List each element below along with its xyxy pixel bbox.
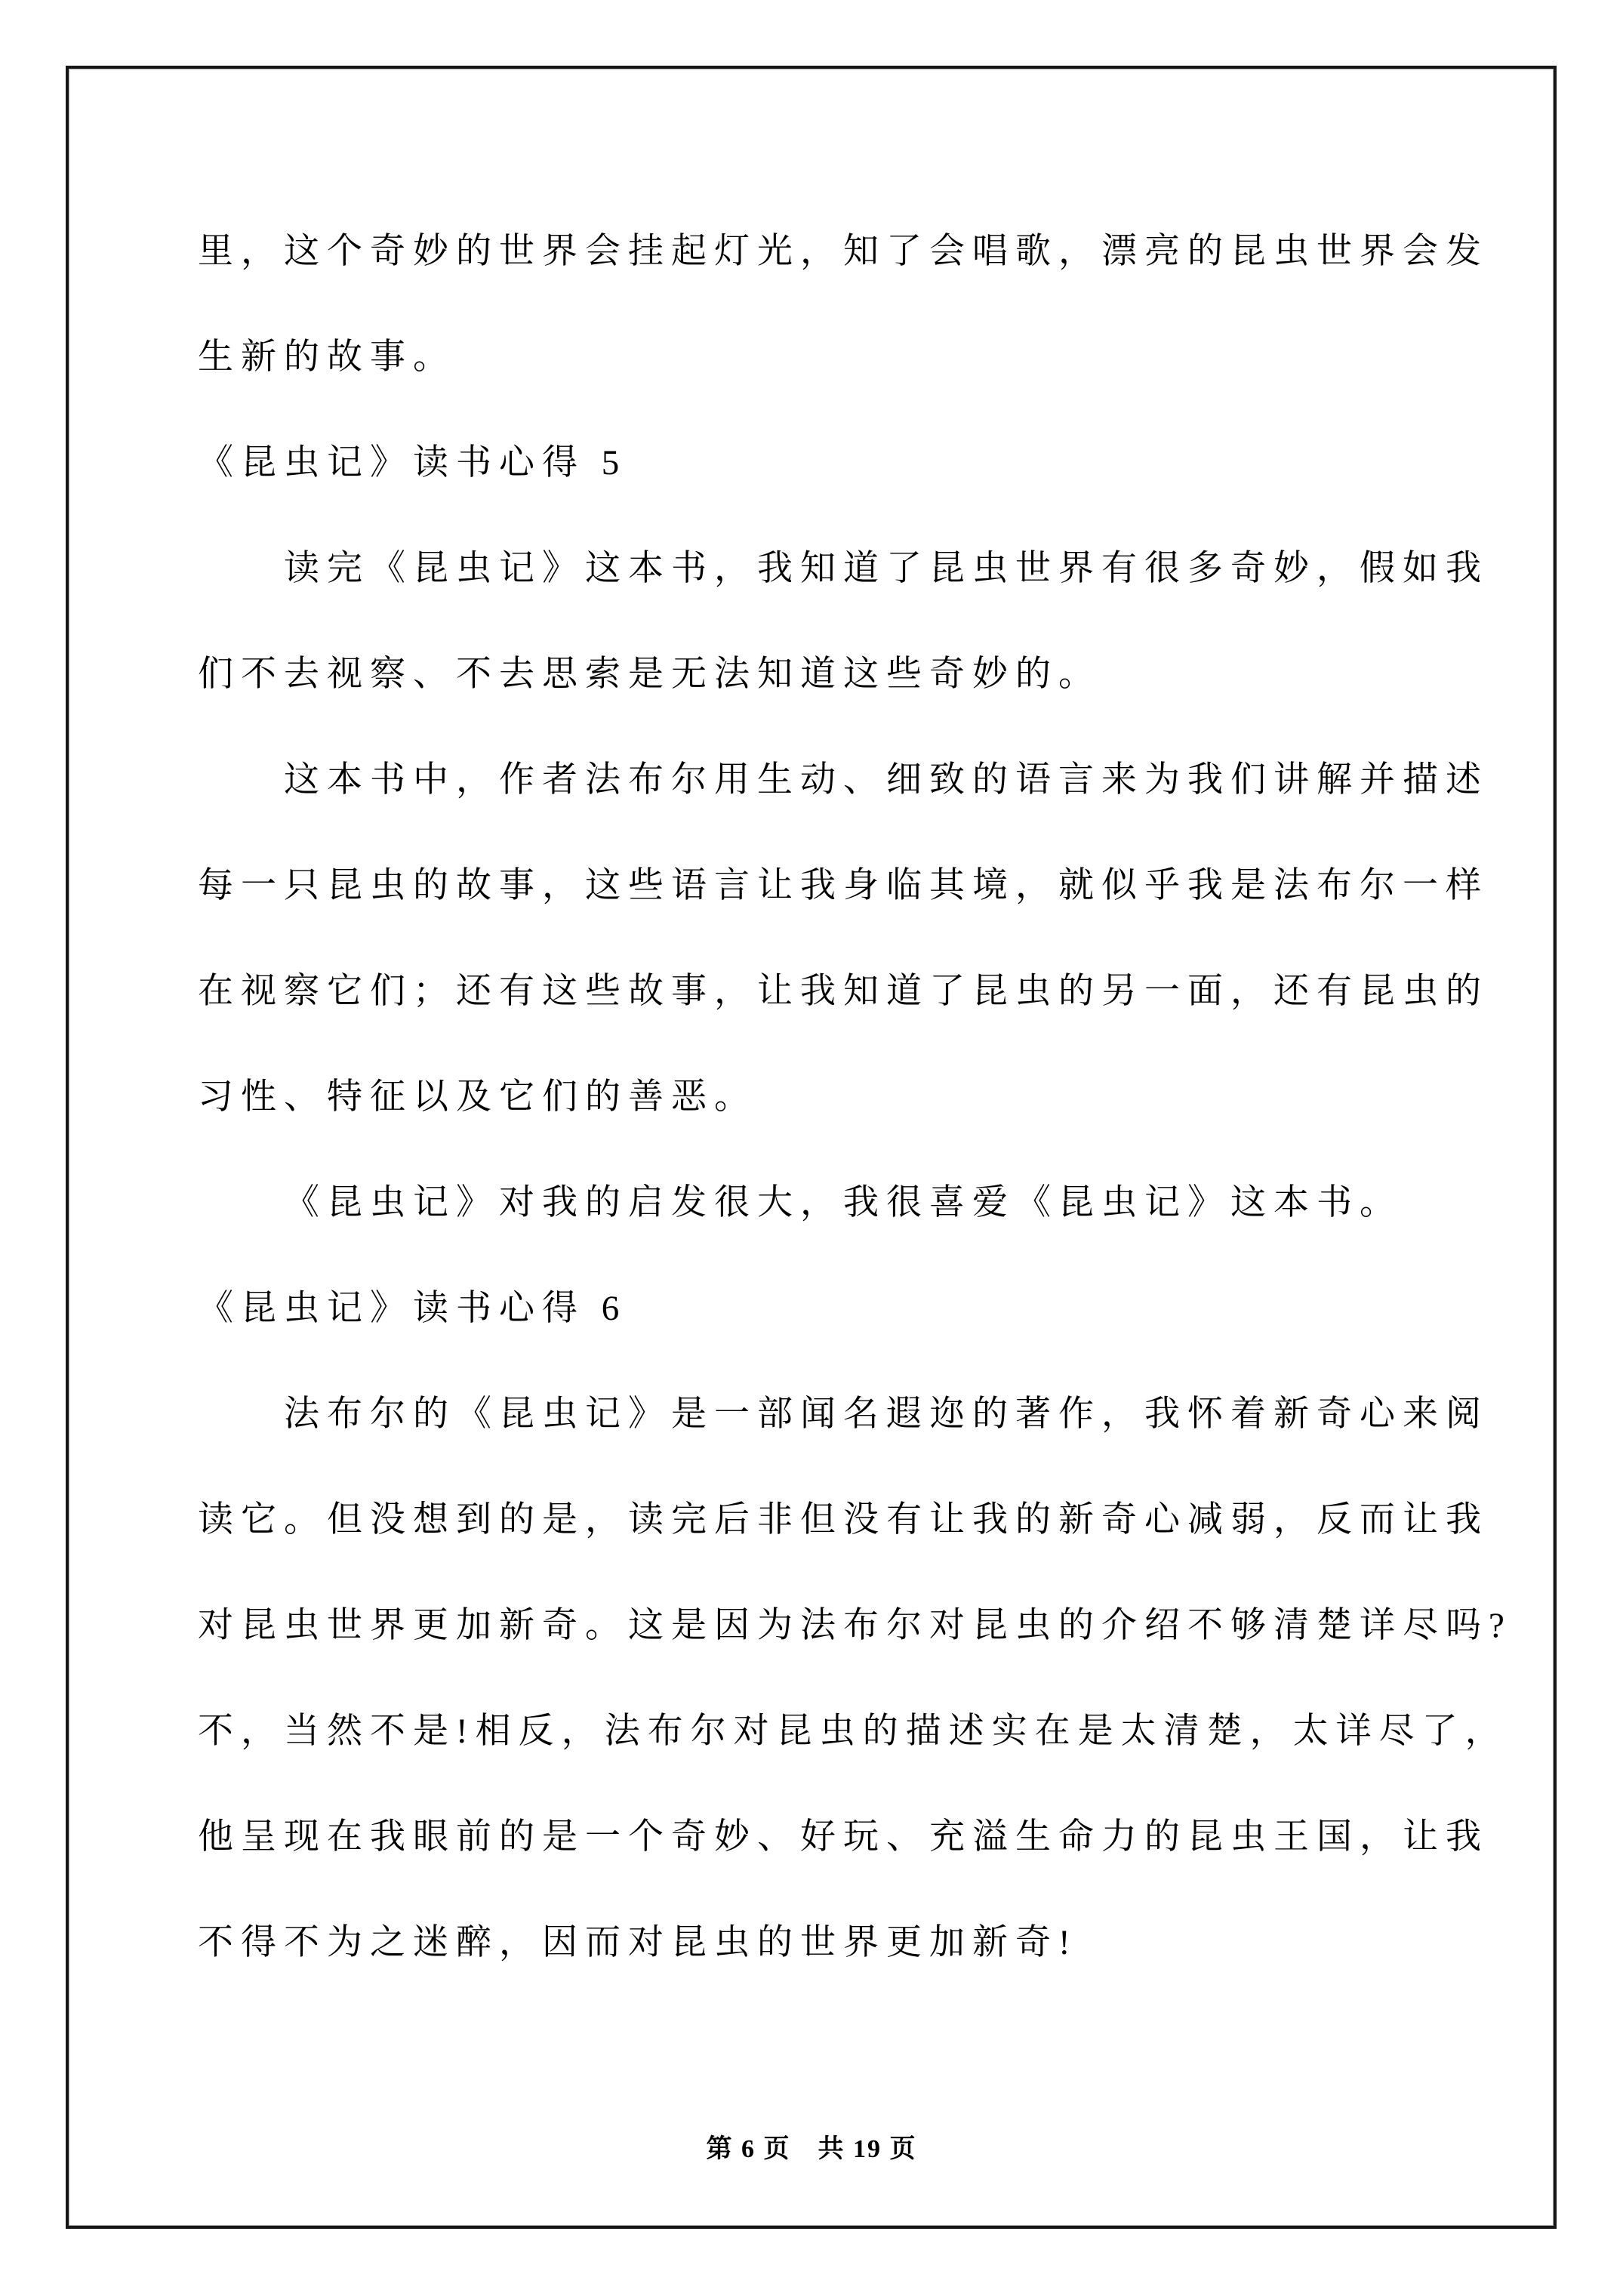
text-line: 《昆虫记》读书心得 5	[198, 410, 1511, 516]
text-line: 这本书中，作者法布尔用生动、细致的语言来为我们讲解并描述	[198, 727, 1511, 833]
text-line: 每一只昆虫的故事，这些语言让我身临其境，就似乎我是法布尔一样	[198, 833, 1511, 938]
document-page: { "colors": { "background": "#ffffff", "…	[0, 0, 1623, 2296]
text-line: 习性、特征以及它们的善恶。	[198, 1044, 1511, 1150]
text-line: 他呈现在我眼前的是一个奇妙、好玩、充溢生命力的昆虫王国，让我	[198, 1784, 1511, 1890]
text-line: 《昆虫记》对我的启发很大，我很喜爱《昆虫记》这本书。	[198, 1150, 1511, 1256]
text-line: 不得不为之迷醉，因而对昆虫的世界更加新奇!	[198, 1890, 1511, 1996]
text-line: 法布尔的《昆虫记》是一部闻名遐迩的著作，我怀着新奇心来阅	[198, 1361, 1511, 1467]
text-line: 《昆虫记》读书心得 6	[198, 1256, 1511, 1361]
text-line: 读完《昆虫记》这本书，我知道了昆虫世界有很多奇妙，假如我	[198, 516, 1511, 621]
page-footer: 第 6 页 共 19 页	[0, 2128, 1623, 2165]
text-line: 不，当然不是!相反，法布尔对昆虫的描述实在是太清楚，太详尽了，	[198, 1678, 1511, 1784]
page-number-label: 第 6 页 共 19 页	[707, 2135, 917, 2163]
text-line: 里，这个奇妙的世界会挂起灯光，知了会唱歌，漂亮的昆虫世界会发	[198, 199, 1511, 304]
text-line: 生新的故事。	[198, 304, 1511, 410]
text-line: 在视察它们；还有这些故事，让我知道了昆虫的另一面，还有昆虫的	[198, 938, 1511, 1044]
document-body: 里，这个奇妙的世界会挂起灯光，知了会唱歌，漂亮的昆虫世界会发生新的故事。《昆虫记…	[198, 199, 1511, 1996]
text-line: 对昆虫世界更加新奇。这是因为法布尔对昆虫的介绍不够清楚详尽吗?	[198, 1573, 1511, 1678]
text-line: 读它。但没想到的是，读完后非但没有让我的新奇心减弱，反而让我	[198, 1467, 1511, 1573]
text-line: 们不去视察、不去思索是无法知道这些奇妙的。	[198, 621, 1511, 727]
